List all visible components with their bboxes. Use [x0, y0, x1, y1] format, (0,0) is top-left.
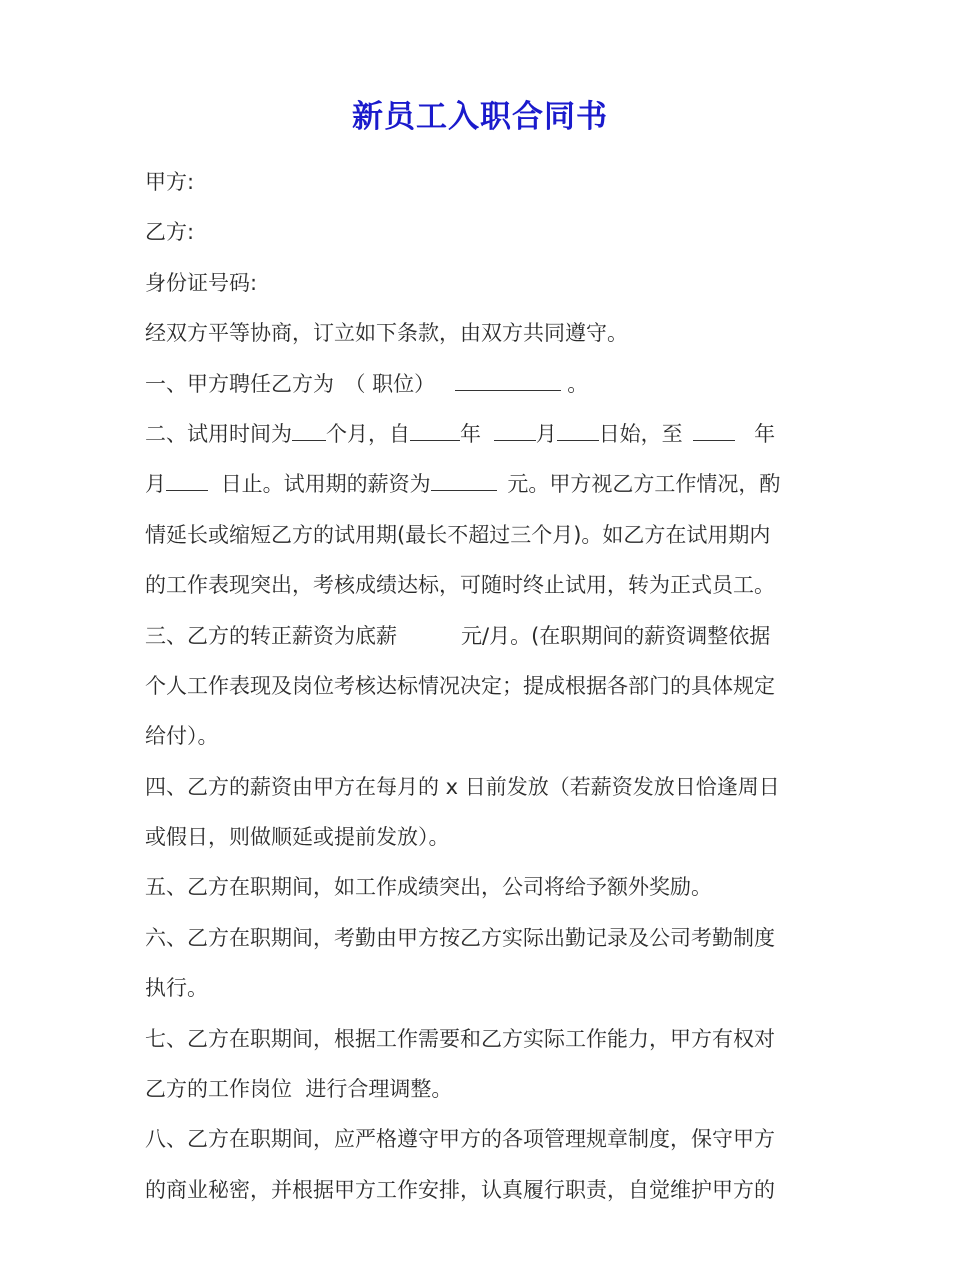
end-year-blank: [693, 422, 735, 441]
document-title: 新员工入职合同书: [0, 92, 960, 142]
probation-months-blank: [292, 422, 326, 441]
id-number-field: 身份证号码:: [145, 258, 815, 308]
clause-3-line-2: 个人工作表现及岗位考核达标情况决定；提成根据各部门的具体规定: [145, 661, 815, 711]
preamble: 经双方平等协商，订立如下条款，由双方共同遵守。: [145, 308, 815, 358]
clause-1: 一、甲方聘任乙方为 （ 职位） 。: [145, 359, 815, 409]
clause-7-line-2: 乙方的工作岗位 进行合理调整。: [145, 1064, 815, 1114]
clause-3-text-b: 元/月。(在职期间的薪资调整依据: [461, 624, 770, 648]
clause-3-text-a: 三、乙方的转正薪资为底薪: [145, 624, 397, 648]
clause-2-line-1: 二、试用时间为个月，自年 月日始，至 年: [145, 409, 815, 459]
party-a-field: 甲方:: [145, 157, 815, 207]
clause-1-suffix: 。: [567, 372, 588, 396]
clause-2-text-g: 月: [145, 472, 166, 496]
clause-1-text: 一、甲方聘任乙方为 （ 职位）: [145, 372, 435, 396]
clause-2-text-b: 个月，自: [326, 422, 410, 446]
clause-4-line-2: 或假日，则做顺延或提前发放）。: [145, 812, 815, 862]
clause-3-line-1: 三、乙方的转正薪资为底薪元/月。(在职期间的薪资调整依据: [145, 611, 815, 661]
clause-2-text-e: 日始，至: [599, 422, 683, 446]
clause-8-line-2: 的商业秘密，并根据甲方工作安排，认真履行职责，自觉维护甲方的: [145, 1165, 815, 1215]
probation-salary-blank: [431, 472, 497, 491]
clause-3-line-3: 给付）。: [145, 711, 815, 761]
clause-8-line-1: 八、乙方在职期间，应严格遵守甲方的各项管理规章制度，保守甲方: [145, 1114, 815, 1164]
clause-5-line-1: 五、乙方在职期间，如工作成绩突出，公司将给予额外奖励。: [145, 862, 815, 912]
clause-2-text-d: 月: [536, 422, 557, 446]
clause-2-text-i: 元。甲方视乙方工作情况，酌: [507, 472, 780, 496]
contract-body: 甲方: 乙方: 身份证号码: 经双方平等协商，订立如下条款，由双方共同遵守。 一…: [145, 157, 815, 1215]
clause-2-text-f: 年: [754, 422, 775, 446]
start-day-blank: [557, 422, 599, 441]
clause-2-text-h: 日止。试用期的薪资为: [221, 472, 431, 496]
clause-2-line-3: 情延长或缩短乙方的试用期(最长不超过三个月)。如乙方在试用期内: [145, 510, 815, 560]
start-month-blank: [494, 422, 536, 441]
end-month-blank: [166, 472, 208, 491]
clause-4-line-1: 四、乙方的薪资由甲方在每月的 x 日前发放（若薪资发放日恰逢周日: [145, 762, 815, 812]
contract-page: 新员工入职合同书 甲方: 乙方: 身份证号码: 经双方平等协商，订立如下条款，由…: [0, 0, 960, 1280]
start-year-blank: [410, 422, 460, 441]
party-b-field: 乙方:: [145, 207, 815, 257]
clause-6-line-2: 执行。: [145, 963, 815, 1013]
clause-7-line-1: 七、乙方在职期间，根据工作需要和乙方实际工作能力，甲方有权对: [145, 1014, 815, 1064]
clause-2-text-a: 二、试用时间为: [145, 422, 292, 446]
clause-2-text-c: 年: [460, 422, 481, 446]
clause-2-line-4: 的工作表现突出，考核成绩达标，可随时终止试用，转为正式员工。: [145, 560, 815, 610]
clause-2-line-2: 月 日止。试用期的薪资为 元。甲方视乙方工作情况，酌: [145, 459, 815, 509]
position-blank: [455, 372, 561, 391]
clause-6-line-1: 六、乙方在职期间，考勤由甲方按乙方实际出勤记录及公司考勤制度: [145, 913, 815, 963]
